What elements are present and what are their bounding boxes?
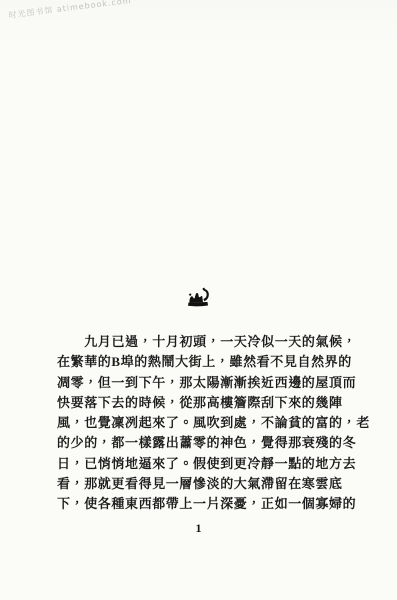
text-line: 在繁華的B埠的熱鬧大街上，雖然看不見自然界的	[57, 352, 344, 372]
crown-ornament-icon	[185, 296, 212, 313]
text-line: 快要落下去的時候，從那高樓簷際刮下來的幾陣	[57, 393, 344, 413]
watermark: 时光图书馆 atimebook.com	[8, 0, 132, 21]
text-line: 九月已過，十月初頭，一天冷似一天的氣候，	[57, 332, 344, 352]
text-line: 日，已悄悄地逼來了。假使到更冷靜一點的地方去	[57, 454, 344, 474]
text-line: 的少的，都一樣露出蕭零的神色，覺得那衰殘的冬	[57, 433, 344, 453]
paragraph-block: 九月已過，十月初頭，一天冷似一天的氣候， 在繁華的B埠的熱鬧大街上，雖然看不見自…	[57, 332, 344, 515]
text-line: 看，那就更看得見一層慘淡的大氣滯留在寒雲底	[57, 474, 344, 494]
text-line: 下，使各種東西都帶上一片深憂，正如一個寡婦的	[57, 494, 344, 514]
page-number: 1	[0, 521, 397, 536]
text-line: 凋零，但一到下午，那太陽漸漸挨近西邊的屋頂而	[57, 373, 344, 393]
text-line: 風，也覺凜冽起來了。風吹到處，不論貧的富的，老	[57, 413, 344, 433]
section-divider	[0, 286, 397, 309]
scanned-book-page: 时光图书馆 atimebook.com 九月已過，十月初頭，一天冷	[0, 0, 397, 600]
